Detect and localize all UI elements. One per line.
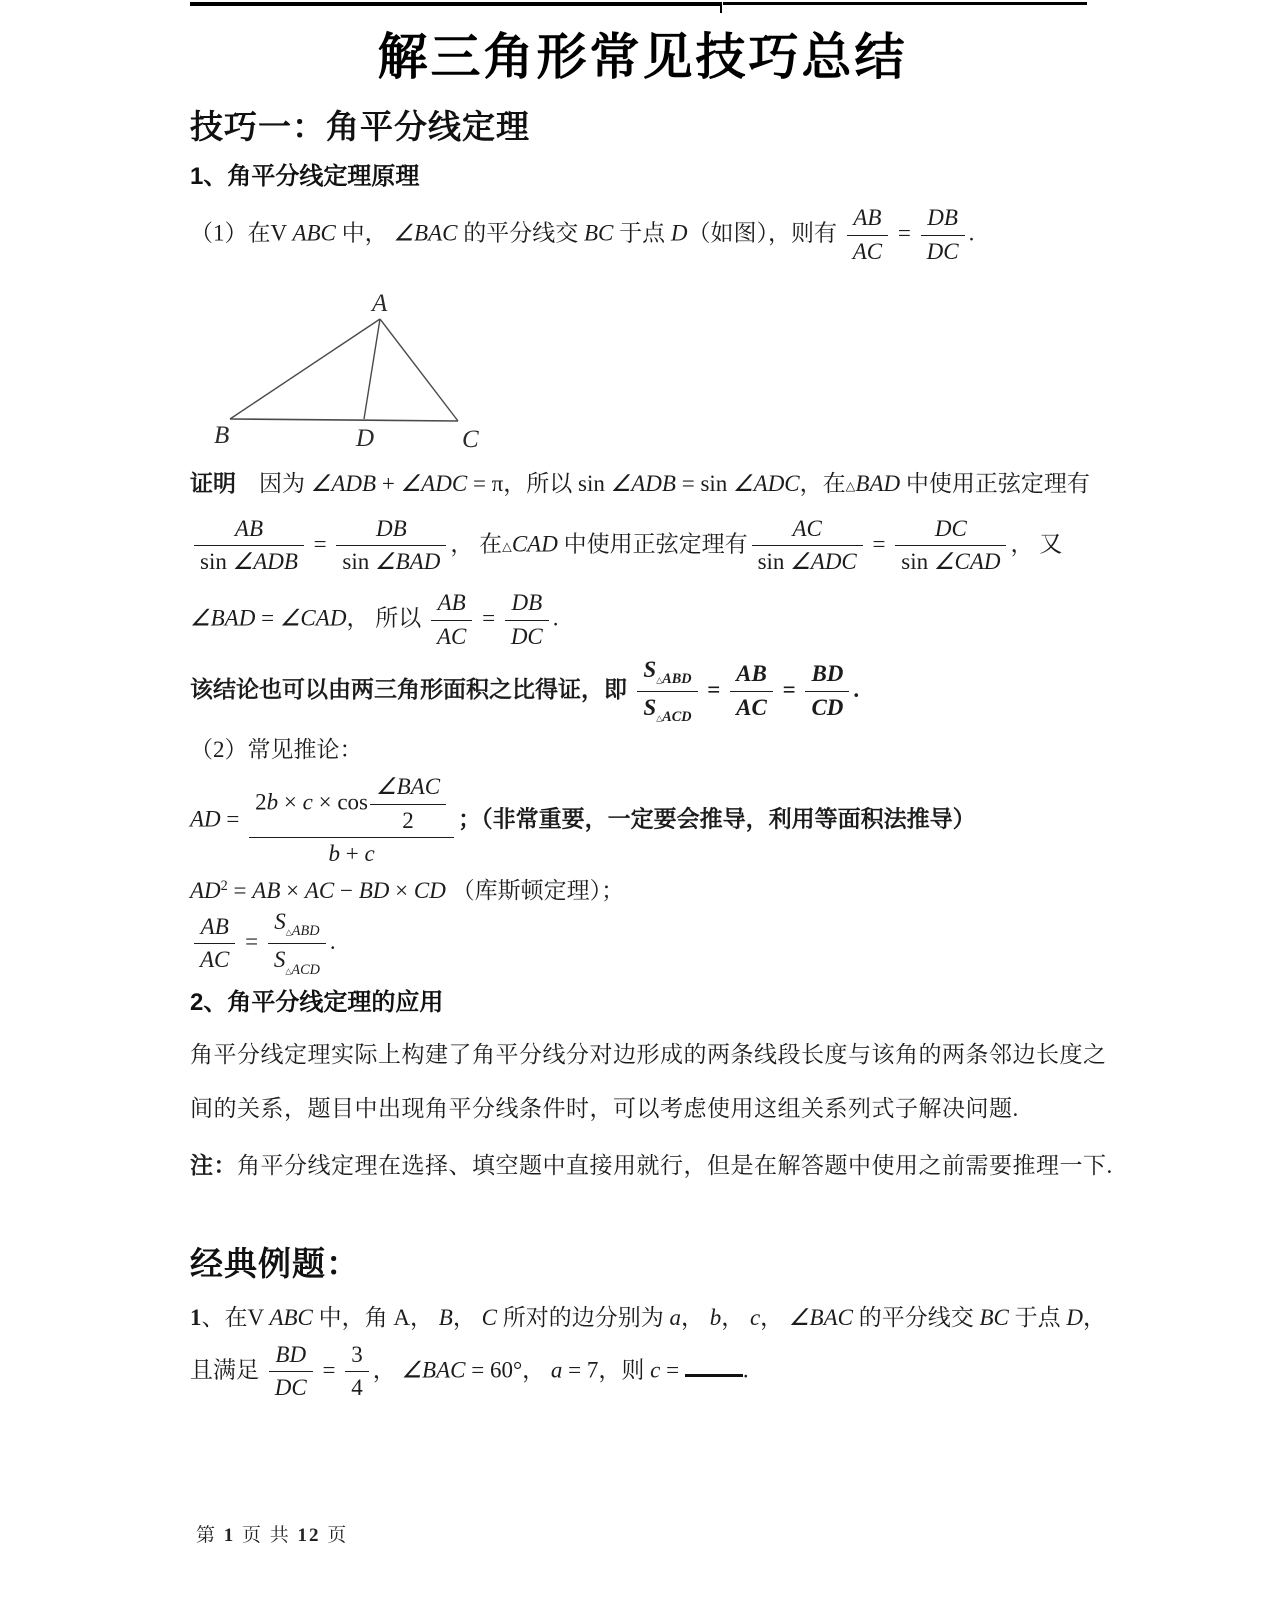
vertex-label-a: A	[370, 290, 388, 317]
page-content: 解三角形常见技巧总结 技巧一：角平分线定理 1、角平分线定理原理 （1）在V A…	[190, 0, 1095, 1403]
corollary-subheading: （2）常见推论：	[190, 733, 1095, 767]
note-line: 注：角平分线定理在选择、填空题中直接用就行，但是在解答题中使用之前需要推理一下.	[190, 1138, 1095, 1193]
corollary-ad-formula: AD = 2b × c × cos∠BAC2b + c；（非常重要，一定要会推导…	[190, 773, 1095, 869]
side-ab	[230, 319, 380, 419]
proof-line-2: ABsin ∠ADB = DBsin ∠BAD， 在△CAD 中使用正弦定理有A…	[190, 515, 1095, 578]
application-paragraph-line-1: 角平分线定理实际上构建了角平分线分对边形成的两条线段长度与该角的两条邻边长度之	[190, 1028, 1095, 1082]
vertex-label-b: B	[214, 422, 229, 449]
side-ac	[380, 319, 458, 421]
side-bc	[230, 419, 458, 421]
vertex-label-d: D	[355, 425, 374, 452]
statement-line: （1）在V ABC 中， ∠BAC 的平分线交 BC 于点 D（如图），则有 A…	[190, 204, 1095, 267]
page-footer: 第 1 页 共 12 页	[196, 1520, 348, 1547]
problem1-line-2: 且满足 BDDC = 34， ∠BAC = 60°， a = 7，则 c = .	[190, 1341, 1095, 1404]
proof-line-3: ∠BAD = ∠CAD， 所以 ABAC = DBDC.	[190, 589, 1095, 652]
section1-heading: 技巧一：角平分线定理	[190, 104, 1095, 150]
corollary-stewart-formula: AD2 = AB × AC − BD × CD （库斯顿定理）；	[190, 869, 1095, 908]
application-paragraph-line-2: 间的关系，题目中出现角平分线条件时，可以考虑使用这组关系列式子解决问题.	[190, 1082, 1095, 1136]
vertex-label-c: C	[462, 426, 479, 453]
proof-line-1: 证明 因为 ∠ADB + ∠ADC = π，所以 sin ∠ADB = sin …	[190, 466, 1095, 503]
corollary-area-ratio-formula: ABAC = S△ABDS△ACD.	[190, 908, 1095, 979]
document-page: 解三角形常见技巧总结 技巧一：角平分线定理 1、角平分线定理原理 （1）在V A…	[0, 0, 1280, 1602]
application-subheading: 2、角平分线定理的应用	[190, 986, 1095, 1020]
problem1-line-1: 1、在V ABC 中，角 A， B， C 所对的边分别为 a， b， c， ∠B…	[190, 1301, 1095, 1335]
examples-heading: 经典例题：	[190, 1241, 1095, 1287]
doc-title: 解三角形常见技巧总结	[190, 20, 1095, 94]
triangle-figure: A B D C	[194, 283, 1095, 464]
triangle-diagram: A B D C	[194, 283, 514, 459]
principle-subheading: 1、角平分线定理原理	[190, 160, 1095, 194]
conclusion-line: 该结论也可以由两三角形面积之比得证，即 S△ABDS△ACD = ABAC = …	[190, 656, 1095, 727]
bisector-ad	[364, 319, 380, 419]
